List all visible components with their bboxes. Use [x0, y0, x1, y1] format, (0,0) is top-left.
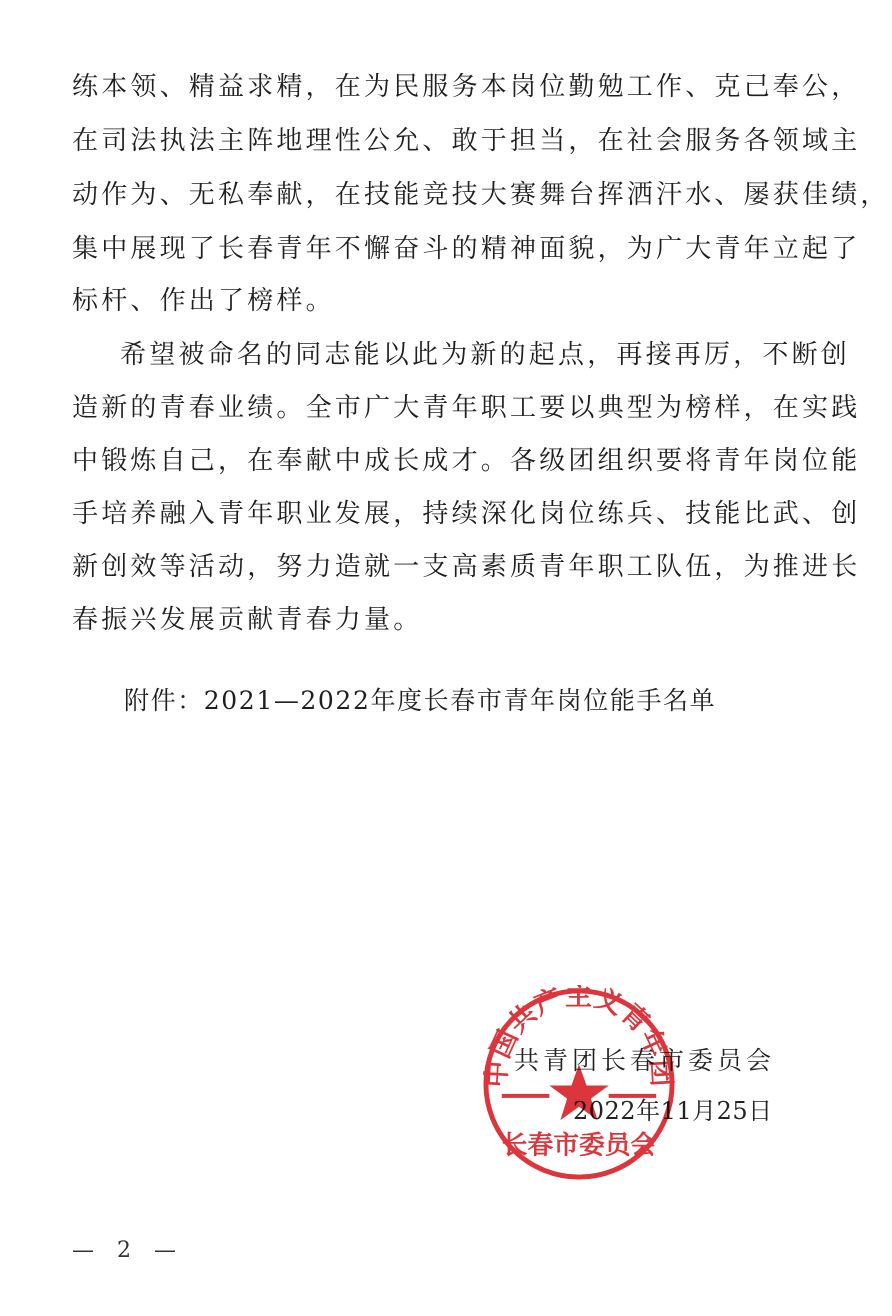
- text-line: 标杆、作出了榜样。: [72, 286, 335, 316]
- text-line: 手培养融入青年职业发展，持续深化岗位练兵、技能比武、创: [72, 499, 860, 529]
- text-line: 练本领、精益求精，在为民服务本岗位勤勉工作、克己奉公，: [72, 72, 860, 102]
- text-line: 春振兴发展贡献青春力量。: [72, 605, 422, 635]
- stamp-bottom-text: 长春市委员会: [502, 1130, 657, 1160]
- text-line: 新创效等活动，努力造就一支高素质青年职工队伍，为推进长: [72, 552, 860, 582]
- attachment-line: 附件：2021—2022年度长春市青年岗位能手名单: [124, 686, 716, 716]
- text-line: 集中展现了长春青年不懈奋斗的精神面貌，为广大青年立起了: [72, 234, 860, 264]
- star-icon: [549, 1064, 608, 1120]
- page-number: — 2 —: [72, 1238, 184, 1264]
- document-page: 练本领、精益求精，在为民服务本岗位勤勉工作、克己奉公， 在司法执法主阵地理性公允…: [0, 0, 892, 1316]
- text-line: 动作为、无私奉献，在技能竞技大赛舞台挥洒汗水、屡获佳绩，: [72, 180, 890, 210]
- text-line: 造新的青春业绩。全市广大青年职工要以典型为榜样，在实践: [72, 393, 860, 423]
- text-line: 希望被命名的同志能以此为新的起点，再接再厉，不断创: [120, 340, 850, 370]
- text-line: 在司法执法主阵地理性公允、敢于担当，在社会服务各领域主: [72, 126, 860, 156]
- text-line: 中锻炼自己，在奉献中成长成才。各级团组织要将青年岗位能: [72, 446, 860, 476]
- official-seal-stamp: 中国共产主义青年团 长春市委员会: [480, 985, 678, 1183]
